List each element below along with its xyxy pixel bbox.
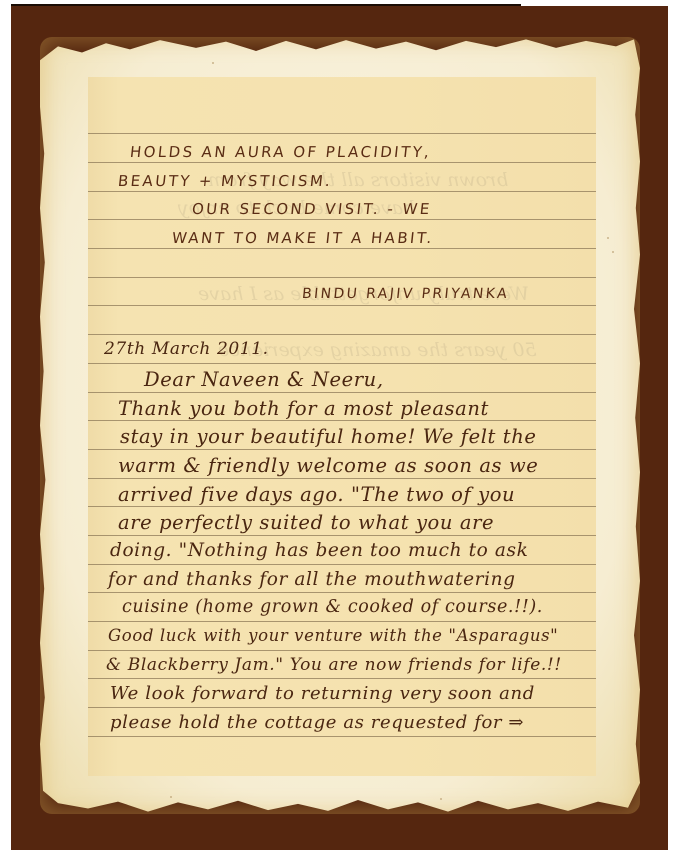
entry-one-line: WANT TO MAKE IT A HABIT. [171,229,435,247]
ruled-line [88,678,596,679]
letter-line: for and thanks for all the mouthwatering [108,569,516,590]
entry-one-signature: BINDU RAJIV PRIYANKA [301,286,510,302]
ruled-line [88,736,596,737]
letter-line: warm & friendly welcome as soon as we [118,454,538,477]
ruled-line [88,506,596,507]
letter-line: Thank you both for a most pleasant [118,397,489,420]
entry-one-line: OUR SECOND VISIT. - WE [191,200,433,218]
ruled-line [88,478,596,479]
ruled-line [88,334,596,335]
ruled-line [88,162,596,163]
entry-one-line: BEAUTY + MYSTICISM. [117,172,333,190]
letter-line: cuisine (home grown & cooked of course.!… [122,597,543,617]
letter-line: are perfectly suited to what you are [118,511,494,534]
letter-line: doing. "Nothing has been too much to ask [110,540,528,561]
ruled-line [88,621,596,622]
ruled-line [88,248,596,249]
entry-one-line: HOLDS AN AURA OF PLACIDITY, [129,143,432,161]
ruled-line [88,535,596,536]
letter-line: We look forward to returning very soon a… [110,683,535,704]
ruled-note-sheet: brown visitors all the way from have com… [88,77,596,776]
paper-speck [607,237,609,239]
ruled-line [88,449,596,450]
ruled-line [88,564,596,565]
paper-speck [170,796,172,798]
ruled-line [88,707,596,708]
ruled-line [88,392,596,393]
paper-speck [212,62,214,64]
paper-speck [612,251,614,253]
letter-date: 27th March 2011. [104,339,269,359]
letter-salutation: Dear Naveen & Neeru, [144,368,384,391]
letter-line: please hold the cottage as requested for… [110,712,524,733]
letter-line: & Blackberry Jam." You are now friends f… [106,655,562,675]
ruled-line [88,277,596,278]
ruled-line [88,420,596,421]
ruled-line [88,363,596,364]
ruled-line [88,592,596,593]
ruled-line [88,305,596,306]
ruled-line [88,650,596,651]
ruled-line [88,191,596,192]
ruled-line [88,219,596,220]
letter-line: Good luck with your venture with the "As… [108,626,558,645]
paper-speck [440,798,442,800]
letter-line: arrived five days ago. "The two of you [118,483,515,506]
letter-line: stay in your beautiful home! We felt the [120,425,537,448]
ruled-line [88,133,596,134]
